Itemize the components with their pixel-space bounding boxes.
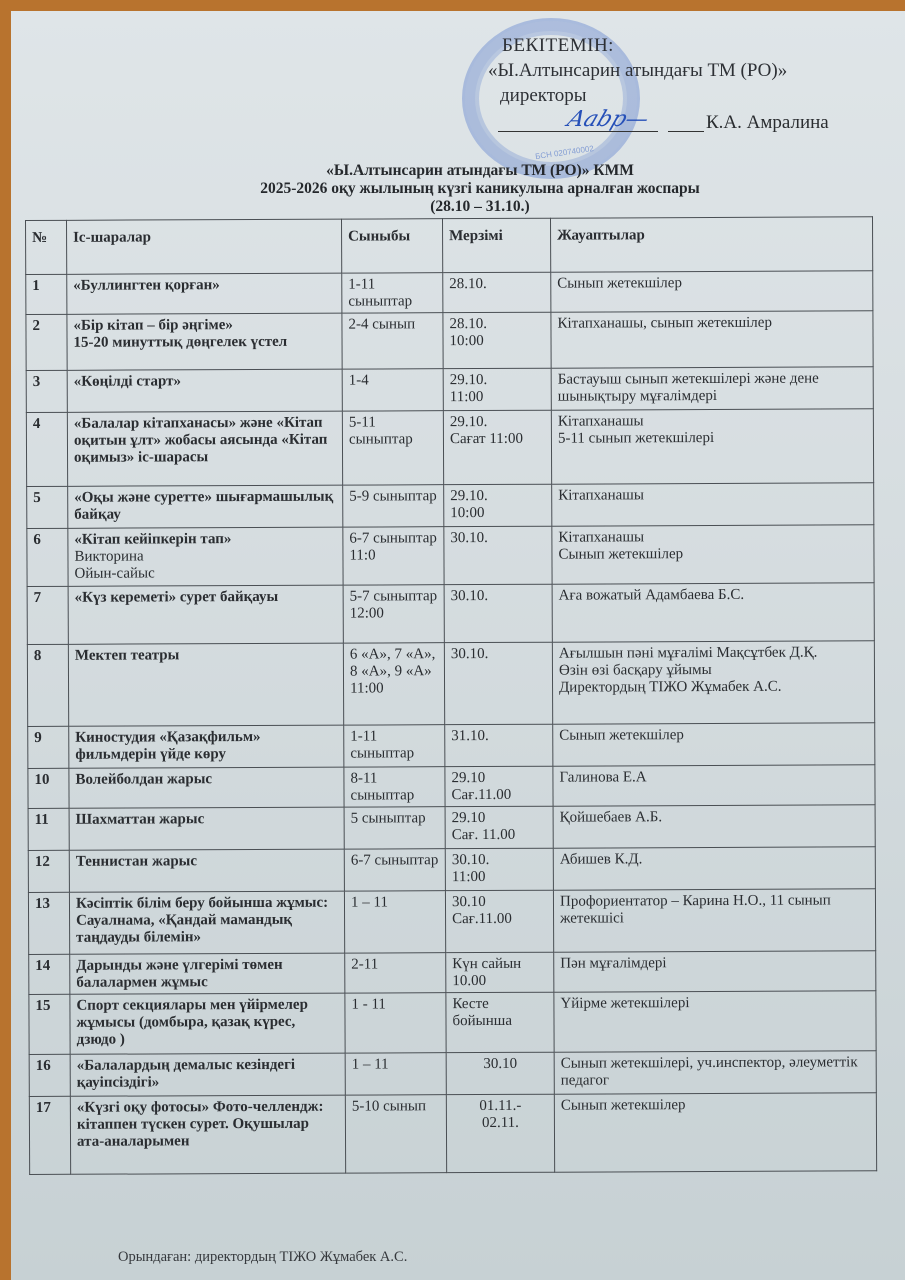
document-title: «Ы.Алтынсарин атындағы ТМ (РО)» КММ 2025… (180, 162, 780, 216)
row-date-text: 29.10. 11:00 (450, 372, 488, 405)
row-date: 30.10. (444, 642, 552, 724)
row-number: 16 (29, 1054, 70, 1096)
table-row: 4«Балалар кітапханасы» және «Кітап оқиты… (26, 409, 873, 487)
row-date-text: 29.10. 10:00 (450, 488, 488, 521)
row-classes: 5-11 сыныптар (342, 411, 443, 485)
row-responsible: Пән мұғалімдері (554, 951, 876, 992)
row-activity-text: Шахматтан жарыс (76, 811, 205, 828)
row-classes-text: 2-11 (351, 956, 378, 972)
row-responsible-text: Кітапханашы Сынып жетекшілер (558, 529, 683, 562)
row-date: Кесте бойынша (446, 992, 554, 1052)
row-date: 31.10. (445, 724, 553, 766)
row-number-text: 11 (35, 812, 49, 828)
approval-block: БЕКІТЕМІН: «Ы.Алтынсарин атындағы ТМ (РО… (488, 33, 787, 108)
row-classes: 6-7 сыныптар (344, 849, 445, 891)
row-activity: Мектеп театры (68, 643, 343, 726)
row-classes-text: 5-7 сыныптар 12:00 (350, 588, 438, 621)
title-line-1: «Ы.Алтынсарин атындағы ТМ (РО)» КММ (180, 162, 780, 180)
director-name: К.А. Амралина (706, 112, 829, 134)
row-number: 13 (28, 892, 69, 954)
row-responsible-text: Кітапханашы, сынып жетекшілер (557, 315, 772, 332)
table-row: 12Теннистан жарыс6-7 сыныптар30.10. 11:0… (28, 847, 875, 893)
approval-heading: БЕКІТЕМІН: (488, 33, 787, 58)
row-number: 3 (26, 370, 67, 412)
row-responsible: Галинова Е.А (553, 765, 875, 806)
row-activity: «Бір кітап – бір әңгіме» 15-20 минуттық … (67, 313, 342, 370)
row-date: 30.10 (446, 1052, 554, 1094)
row-number: 4 (26, 412, 67, 486)
row-activity-text: «Балалар кітапханасы» және «Кітап оқитын… (74, 415, 328, 466)
table-row: 10Волейболдан жарыс8-11 сыныптар29.10 Са… (28, 765, 875, 809)
row-classes-text: 8-11 сыныптар (350, 770, 414, 803)
row-responsible-text: Сынып жетекшілер (561, 1097, 686, 1114)
row-date-text: 30.10. 11:00 (452, 852, 490, 885)
row-number-text: 8 (34, 648, 42, 664)
row-date: 29.10. Сағат 11:00 (443, 410, 551, 484)
row-responsible-text: Аға вожатый Адамбаева Б.С. (559, 587, 745, 604)
header-responsible: Жауаптылар (550, 217, 872, 272)
table-row: 14Дарынды және үлгерімі төмен балалармен… (29, 951, 876, 995)
plan-table: № Іс-шаралар Сыныбы Мерзімі Жауаптылар 1… (25, 216, 877, 1175)
table-row: 15Спорт секциялары мен үйірмелер жұмысы … (29, 991, 876, 1055)
row-responsible: Сынып жетекшілер (551, 271, 873, 312)
row-date: 30.10 Сағ.11.00 (445, 890, 553, 952)
row-number-text: 17 (36, 1100, 51, 1116)
header-date: Мерзімі (442, 218, 550, 272)
table-row: 11Шахматтан жарыс5 сыныптар29.10 Сағ. 11… (28, 805, 875, 851)
row-date: 29.10 Сағ. 11.00 (445, 806, 553, 848)
row-number: 14 (29, 954, 70, 994)
row-activity-text: «Буллингтен қорған» (73, 277, 220, 294)
row-activity-subtitle: Викторина Ойын-сайыс (74, 548, 336, 583)
row-responsible-text: Пән мұғалімдері (560, 955, 666, 971)
row-activity-text: Дарынды және үлгерімі төмен балалармен ж… (76, 957, 282, 991)
table-row: 6«Кітап кейіпкерін тап»Викторина Ойын-са… (27, 525, 874, 587)
row-activity: Теннистан жарыс (69, 849, 344, 892)
row-date: 30.10. 11:00 (445, 848, 553, 890)
row-activity-text: Киностудия «Қазақфильм» фильмдерін үйде … (75, 729, 260, 763)
row-responsible: Бастауыш сынып жетекшілері және дене шын… (551, 367, 873, 410)
row-activity: «Балалар кітапханасы» және «Кітап оқитын… (67, 411, 342, 486)
row-activity-text: Кәсіптік білім беру бойынша жұмыс: Сауал… (76, 895, 328, 946)
row-classes: 2-11 (345, 953, 446, 993)
row-classes-text: 1-11 сыныптар (350, 728, 414, 761)
row-activity-text: «Көңілді старт» (74, 373, 181, 389)
row-number-text: 10 (34, 772, 49, 788)
row-number: 1 (26, 274, 67, 314)
row-responsible-text: Сынып жетекшілері, уч.инспектор, әлеумет… (561, 1054, 858, 1088)
row-number-text: 16 (36, 1058, 51, 1074)
row-date-text: 31.10. (451, 728, 489, 744)
row-number-text: 14 (35, 958, 50, 974)
row-date: 30.10. (444, 584, 552, 642)
row-activity: Кәсіптік білім беру бойынша жұмыс: Сауал… (69, 891, 344, 954)
row-number-text: 6 (33, 532, 41, 548)
row-activity: «Оқы және суретте» шығармашылық байқау (68, 485, 343, 528)
row-number: 5 (27, 486, 68, 528)
row-date-text: 30.10 (483, 1056, 517, 1072)
row-classes: 6 «А», 7 «А», 8 «А», 9 «А» 11:00 (343, 643, 444, 725)
row-date: 28.10. (443, 272, 551, 312)
row-responsible-text: Кітапханашы (558, 487, 644, 503)
row-date-text: 30.10. (450, 530, 488, 546)
header-activity: Іс-шаралар (67, 219, 342, 274)
row-date: 28.10. 10:00 (443, 312, 551, 368)
table-row: 7«Күз кереметі» сурет байқауы5-7 сыныпта… (27, 583, 874, 645)
row-responsible: Сынып жетекшілер (554, 1093, 876, 1172)
approval-org: «Ы.Алтынсарин атындағы ТМ (РО)» (488, 58, 787, 83)
row-responsible: Үйірме жетекшілері (554, 991, 876, 1052)
row-classes-text: 6-7 сыныптар (351, 852, 439, 868)
table-row: 2«Бір кітап – бір әңгіме» 15-20 минуттық… (26, 311, 873, 371)
row-classes-text: 1-4 (349, 373, 369, 389)
row-date-text: Кесте бойынша (452, 996, 512, 1029)
row-responsible-text: Қойшебаев А.Б. (560, 809, 663, 825)
row-number-text: 9 (34, 730, 42, 746)
row-classes-text: 6 «А», 7 «А», 8 «А», 9 «А» 11:00 (350, 646, 435, 696)
row-classes-text: 1 - 11 (351, 996, 386, 1012)
row-classes: 1-11 сыныптар (342, 273, 443, 313)
row-activity-text: «Күз кереметі» сурет байқауы (75, 589, 279, 606)
row-number-text: 4 (33, 416, 41, 432)
header-classes: Сыныбы (341, 219, 442, 273)
row-activity-text: «Күзгі оқу фотосы» Фото-челлендж: кітапп… (77, 1099, 324, 1150)
row-classes: 2-4 сынып (342, 313, 443, 369)
row-activity: Волейболдан жарыс (69, 767, 344, 808)
row-date: Күн сайын 10.00 (446, 952, 554, 992)
table-row: 16«Балалардың демалыс кезіндегі қауіпсіз… (29, 1051, 876, 1097)
row-number: 9 (28, 726, 69, 768)
row-classes-text: 5-11 сыныптар (349, 414, 413, 447)
row-responsible-text: Кітапханашы 5-11 сынып жетекшілері (558, 413, 714, 446)
row-number-text: 15 (35, 998, 50, 1014)
table-header-row: № Іс-шаралар Сыныбы Мерзімі Жауаптылар (26, 217, 873, 275)
row-number-text: 7 (34, 590, 42, 606)
row-number: 6 (27, 528, 68, 586)
row-activity: «Балалардың демалыс кезіндегі қауіпсізді… (70, 1053, 345, 1096)
table-row: 9Киностудия «Қазақфильм» фильмдерін үйде… (28, 723, 875, 769)
row-responsible-text: Сынып жетекшілер (559, 727, 684, 744)
row-date-text: 29.10 Сағ.11.00 (451, 770, 511, 803)
row-activity: «Буллингтен қорған» (67, 273, 342, 314)
row-classes-text: 1 – 11 (352, 1056, 389, 1072)
row-number-text: 2 (32, 318, 40, 334)
row-number: 10 (28, 768, 69, 808)
header-number: № (26, 220, 67, 274)
row-responsible: Кітапханашы, сынып жетекшілер (551, 311, 873, 368)
row-responsible-text: Сынып жетекшілер (557, 275, 682, 292)
row-number: 2 (26, 314, 67, 370)
row-classes: 1-4 (342, 369, 443, 411)
table-body: 1«Буллингтен қорған»1-11 сыныптар28.10.С… (26, 271, 877, 1175)
row-number: 11 (28, 808, 69, 850)
row-responsible-text: Профориентатор – Карина Н.О., 11 сынып ж… (560, 892, 831, 926)
row-responsible-text: Ағылшын пәні мұғалімі Мақсұтбек Д.Қ. Өзі… (559, 645, 818, 696)
row-date-text: 29.10 Сағ. 11.00 (452, 810, 516, 843)
row-number: 12 (28, 850, 69, 892)
row-date-text: 30.10. (451, 646, 489, 662)
row-classes-text: 5-9 сыныптар (349, 488, 437, 504)
row-activity: «Күзгі оқу фотосы» Фото-челлендж: кітапп… (70, 1095, 345, 1174)
row-activity-text: «Кітап кейіпкерін тап» (74, 531, 231, 548)
row-responsible: Қойшебаев А.Б. (553, 805, 875, 848)
row-responsible: Кітапханашы (552, 483, 874, 526)
table-row: 1«Буллингтен қорған»1-11 сыныптар28.10.С… (26, 271, 873, 315)
row-classes: 1-11 сыныптар (344, 725, 445, 767)
row-activity-text: Теннистан жарыс (76, 853, 197, 870)
table-row: 5«Оқы және суретте» шығармашылық байқау5… (27, 483, 874, 529)
signature-icon: Ааbр— (563, 107, 652, 132)
row-activity-text: «Балалардың демалыс кезіндегі қауіпсізді… (77, 1057, 295, 1091)
row-activity-text: Волейболдан жарыс (75, 771, 212, 788)
row-number-text: 12 (35, 854, 50, 870)
row-activity: «Кітап кейіпкерін тап»Викторина Ойын-сай… (68, 527, 343, 586)
row-date-text: 30.10. (451, 588, 489, 604)
row-responsible: Абишев К.Д. (553, 847, 875, 890)
row-number: 7 (27, 586, 68, 644)
row-classes: 6-7 сыныптар 11:0 (343, 527, 444, 585)
row-classes-text: 5 сыныптар (351, 810, 426, 826)
table-row: 8Мектеп театры6 «А», 7 «А», 8 «А», 9 «А»… (27, 641, 874, 727)
approval-position: директоры (488, 83, 787, 108)
row-classes: 1 – 11 (344, 891, 445, 953)
row-responsible-text: Абишев К.Д. (560, 851, 643, 867)
row-classes: 5-7 сыныптар 12:00 (343, 585, 444, 643)
row-number-text: 5 (33, 490, 41, 506)
row-classes: 5-9 сыныптар (343, 485, 444, 527)
row-number-text: 13 (35, 896, 50, 912)
table-row: 17«Күзгі оқу фотосы» Фото-челлендж: кіта… (29, 1093, 876, 1175)
row-date-text: 28.10. 10:00 (449, 316, 487, 349)
row-activity: Киностудия «Қазақфильм» фильмдерін үйде … (69, 725, 344, 768)
row-activity: «Күз кереметі» сурет байқауы (68, 585, 343, 644)
row-responsible: Сынып жетекшілер (553, 723, 875, 766)
row-number-text: 1 (32, 278, 40, 294)
row-classes: 5-10 сынып (345, 1095, 446, 1173)
row-activity-text: «Бір кітап – бір әңгіме» 15-20 минуттық … (73, 317, 287, 351)
row-classes-text: 6-7 сыныптар 11:0 (349, 530, 437, 563)
row-date: 29.10 Сағ.11.00 (445, 766, 553, 806)
row-date: 30.10. (444, 526, 552, 584)
row-classes-text: 2-4 сынып (348, 316, 415, 332)
row-date: 29.10. 10:00 (444, 484, 552, 526)
row-activity: Спорт секциялары мен үйірмелер жұмысы (д… (70, 993, 345, 1054)
table-row: 3«Көңілді старт»1-429.10. 11:00Бастауыш … (26, 367, 873, 413)
row-responsible: Сынып жетекшілері, уч.инспектор, әлеумет… (554, 1051, 876, 1094)
row-date: 01.11.- 02.11. (446, 1094, 554, 1172)
row-classes: 5 сыныптар (344, 807, 445, 849)
row-responsible-text: Галинова Е.А (559, 769, 646, 785)
signature-line-short (668, 131, 704, 132)
prepared-by: Орындаған: директордың ТІЖО Жұмабек А.С. (118, 1249, 407, 1266)
row-responsible: Профориентатор – Карина Н.О., 11 сынып ж… (553, 889, 875, 952)
row-date-text: Күн сайын 10.00 (452, 956, 521, 989)
row-date-text: 28.10. (449, 276, 487, 292)
row-number-text: 3 (33, 374, 41, 390)
table-row: 13Кәсіптік білім беру бойынша жұмыс: Сау… (28, 889, 875, 955)
row-classes: 1 – 11 (345, 1053, 446, 1095)
row-activity-text: «Оқы және суретте» шығармашылық байқау (74, 489, 333, 523)
row-date: 29.10. 11:00 (443, 368, 551, 410)
row-classes-text: 1-11 сыныптар (348, 276, 412, 309)
row-responsible: Кітапханашы 5-11 сынып жетекшілері (551, 409, 873, 484)
row-classes: 1 - 11 (345, 993, 446, 1053)
row-responsible: Кітапханашы Сынып жетекшілер (552, 525, 874, 584)
row-date-text: 30.10 Сағ.11.00 (452, 894, 512, 927)
row-date-text: 01.11.- 02.11. (479, 1098, 521, 1131)
row-responsible-text: Үйірме жетекшілері (560, 995, 689, 1012)
row-activity: Шахматтан жарыс (69, 807, 344, 850)
row-number: 8 (27, 644, 68, 726)
row-date-text: 29.10. Сағат 11:00 (450, 414, 523, 447)
row-activity-text: Мектеп театры (75, 647, 179, 663)
row-activity-text: Спорт секциялары мен үйірмелер жұмысы (д… (76, 997, 308, 1048)
row-responsible: Аға вожатый Адамбаева Б.С. (552, 583, 874, 642)
row-activity: «Көңілді старт» (67, 369, 342, 412)
row-number: 17 (29, 1096, 70, 1174)
row-classes-text: 5-10 сынып (352, 1098, 426, 1114)
row-activity: Дарынды және үлгерімі төмен балалармен ж… (70, 953, 345, 994)
row-classes: 8-11 сыныптар (344, 767, 445, 807)
row-number: 15 (29, 994, 70, 1054)
row-responsible: Ағылшын пәні мұғалімі Мақсұтбек Д.Қ. Өзі… (552, 641, 874, 724)
row-responsible-text: Бастауыш сынып жетекшілері және дене шын… (558, 371, 819, 405)
title-line-3: (28.10 – 31.10.) (180, 198, 780, 216)
row-classes-text: 1 – 11 (351, 894, 388, 910)
title-line-2: 2025-2026 оқу жылының күзгі каникулына а… (180, 180, 780, 198)
